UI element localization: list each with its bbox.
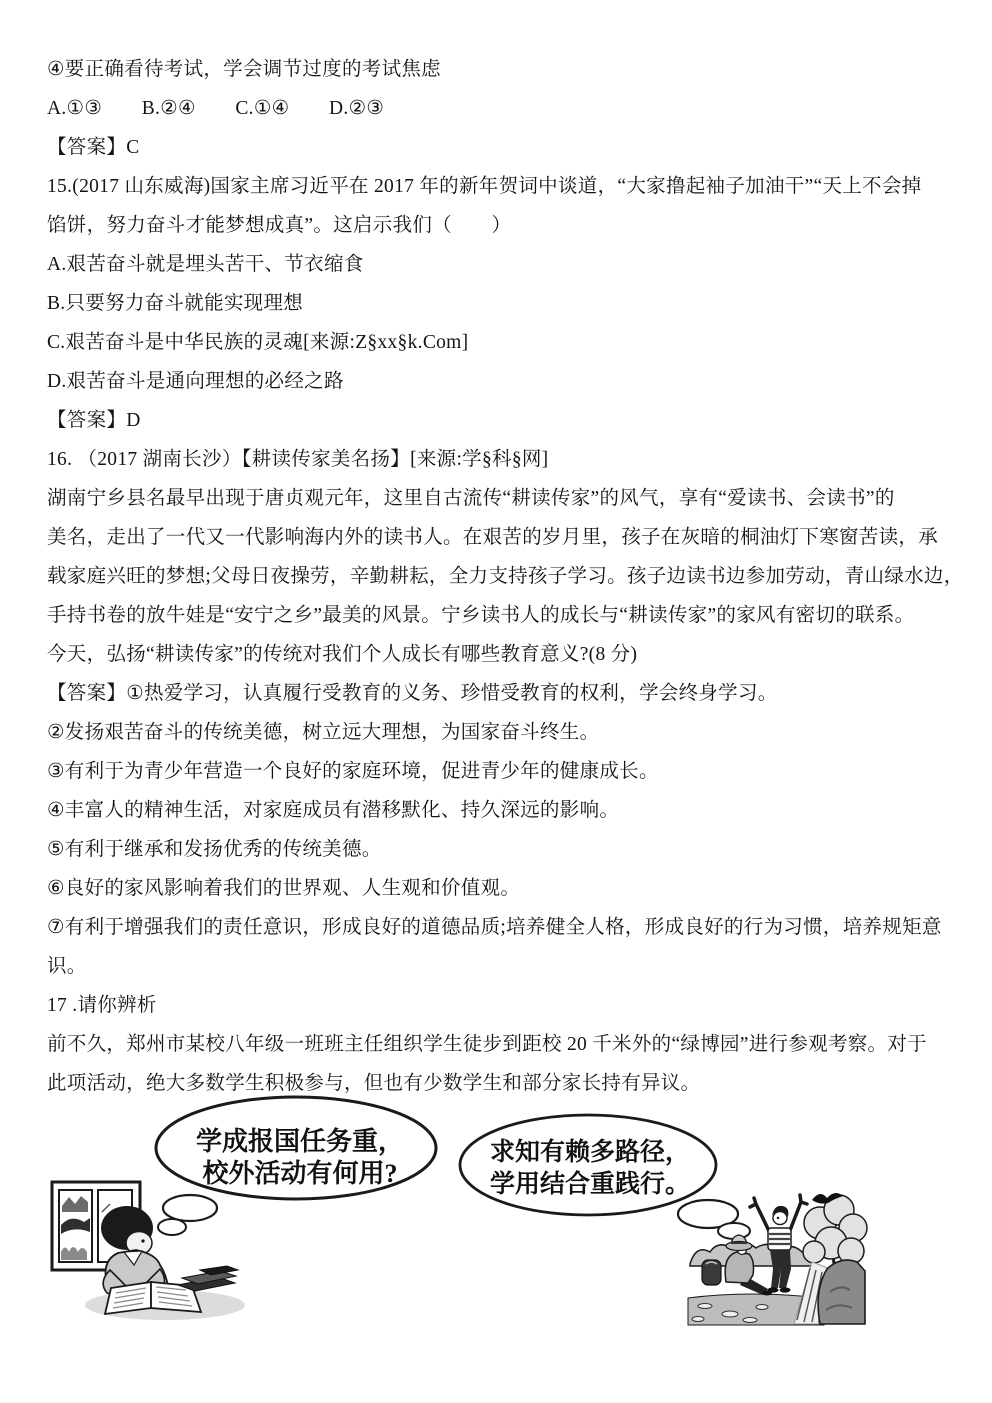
exam-document-text: ④要正确看待考试，学会调节过度的考试焦虑 A.①③ B.②④ C.①④ D.②③… — [47, 47, 957, 1100]
q16-answer-line-4: ④丰富人的精神生活，对家庭成员有潜移默化、持久深远的影响。 — [47, 788, 957, 827]
left-thought-bubble: 学成报国任务重， 校外活动有何用? — [156, 1097, 436, 1235]
q15-option-d: D.艰苦奋斗是通向理想的必经之路 — [47, 359, 957, 398]
q16-answer-line-3: ③有利于为青少年营造一个良好的家庭环境，促进青少年的健康成长。 — [47, 749, 957, 788]
left-bubble-trail — [158, 1195, 217, 1235]
q16-header-line: 16. （2017 湖南长沙）【耕读传家美名扬】[来源:学§科§网] — [47, 437, 957, 476]
q15-stem-line-1: 15.(2017 山东威海)国家主席习近平在 2017 年的新年贺词中谈道，“大… — [47, 164, 957, 203]
document-page: ④要正确看待考试，学会调节过度的考试焦虑 A.①③ B.②④ C.①④ D.②③… — [0, 0, 992, 1403]
q16-body-line-4: 手持书卷的放牛娃是“安宁之乡”最美的风景。宁乡读书人的成长与“耕读传家”的家风有… — [47, 593, 957, 632]
q16-answer-line-8: 识。 — [47, 944, 957, 983]
q15-stem-line-2: 馅饼，努力奋斗才能梦想成真”。这启示我们（ ） — [47, 203, 957, 242]
cartoon-illustration: 学成报国任务重， 校外活动有何用? 求知有赖多路径， 学用结合重践行。 — [50, 1092, 890, 1332]
q14-choices-line: A.①③ B.②④ C.①④ D.②③ — [47, 86, 957, 125]
q15-option-a: A.艰苦奋斗就是埋头苦干、节衣缩食 — [47, 242, 957, 281]
right-bubble-text-line2: 学用结合重践行。 — [490, 1169, 690, 1198]
q16-answer-line-7: ⑦有利于增强我们的责任意识，形成良好的道德品质;培养健全人格，形成良好的行为习惯… — [47, 905, 957, 944]
backpack-drawing — [702, 1260, 721, 1285]
q16-answer-line-6: ⑥良好的家风影响着我们的世界观、人生观和价值观。 — [47, 866, 957, 905]
q15-answer-line: 【答案】D — [47, 398, 957, 437]
left-bubble-text-line2: 校外活动有何用? — [202, 1158, 397, 1188]
q16-body-line-5: 今天，弘扬“耕读传家”的传统对我们个人成长有哪些教育意义?(8 分) — [47, 632, 957, 671]
q14-answer-line: 【答案】C — [47, 125, 957, 164]
q17-header-line: 17 .请你辨析 — [47, 983, 957, 1022]
q16-body-line-2: 美名，走出了一代又一代影响海内外的读书人。在艰苦的岁月里，孩子在灰暗的桐油灯下寒… — [47, 515, 957, 554]
right-thought-bubble: 求知有赖多路径， 学用结合重践行。 — [460, 1115, 750, 1239]
q16-body-line-1: 湖南宁乡县名最早出现于唐贞观元年，这里自古流传“耕读传家”的风气，享有“爱读书、… — [47, 476, 957, 515]
standing-hiker-drawing — [750, 1195, 807, 1293]
q16-answer-line-2: ②发扬艰苦奋斗的传统美德，树立远大理想，为国家奋斗终生。 — [47, 710, 957, 749]
left-bubble-text-line1: 学成报国任务重， — [196, 1126, 404, 1157]
q16-body-line-3: 载家庭兴旺的梦想;父母日夜操劳，辛勤耕耘，全力支持孩子学习。孩子边读书边参加劳动… — [47, 554, 957, 593]
right-bubble-trail — [678, 1200, 750, 1239]
q14-option4-line: ④要正确看待考试，学会调节过度的考试焦虑 — [47, 47, 957, 86]
q17-intro-line-1: 前不久，郑州市某校八年级一班班主任组织学生徒步到距校 20 千米外的“绿博园”进… — [47, 1022, 957, 1061]
q15-option-b: B.只要努力奋斗就能实现理想 — [47, 281, 957, 320]
q16-answer-line-5: ⑤有利于继承和发扬优秀的传统美德。 — [47, 827, 957, 866]
right-bubble-text-line1: 求知有赖多路径， — [490, 1137, 690, 1166]
book-stack-drawing — [178, 1266, 238, 1291]
q15-option-c: C.艰苦奋斗是中华民族的灵魂[来源:Z§xx§k.Com] — [47, 320, 957, 359]
q16-answer-line-1: 【答案】①热爱学习，认真履行受教育的义务、珍惜受教育的权利，学会终身学习。 — [47, 671, 957, 710]
